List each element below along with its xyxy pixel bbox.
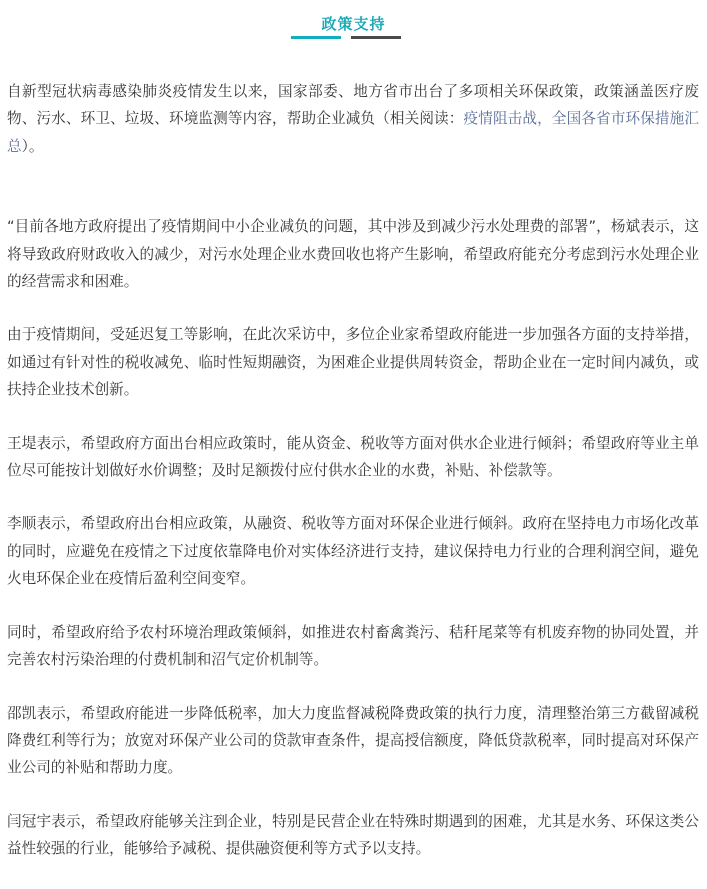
paragraph-support-measures: 由于疫情期间，受延迟复工等影响，在此次采访中，多位企业家希望政府能进一步加强各方… — [7, 321, 699, 403]
paragraph-wang-di: 王堤表示，希望政府方面出台相应政策时，能从资金、税收等方面对供水企业进行倾斜；希… — [7, 430, 699, 485]
paragraph-li-shun: 李顺表示，希望政府出台相应政策，从融资、税收等方面对环保企业进行倾斜。政府在坚持… — [7, 510, 699, 592]
article-body: 自新型冠状病毒感染肺炎疫情发生以来，国家部委、地方省市出台了多项相关环保政策，政… — [7, 78, 699, 850]
title-underline-secondary — [351, 36, 401, 39]
paragraph-intro: 自新型冠状病毒感染肺炎疫情发生以来，国家部委、地方省市出台了多项相关环保政策，政… — [7, 78, 699, 160]
paragraph-rural-policy: 同时，希望政府给予农村环境治理政策倾斜，如推进农村畜禽粪污、秸秆尾菜等有机废弃物… — [7, 619, 699, 674]
paragraph-yan-guanyu: 闫冠宇表示，希望政府能够关注到企业，特别是民营企业在特殊时期遇到的困难，尤其是水… — [7, 808, 699, 850]
section-header: 政策支持 — [0, 0, 707, 70]
paragraph-shao-kai: 邵凯表示，希望政府能进一步降低税率，加大力度监督减税降费政策的执行力度，清理整治… — [7, 700, 699, 782]
section-title: 政策支持 — [0, 13, 707, 34]
intro-text-end: ）。 — [22, 138, 44, 155]
paragraph-yang-bin: “目前各地方政府提出了疫情期间中小企业减负的问题，其中涉及到减少污水处理费的部署… — [7, 213, 699, 295]
title-underline-accent — [291, 36, 341, 39]
